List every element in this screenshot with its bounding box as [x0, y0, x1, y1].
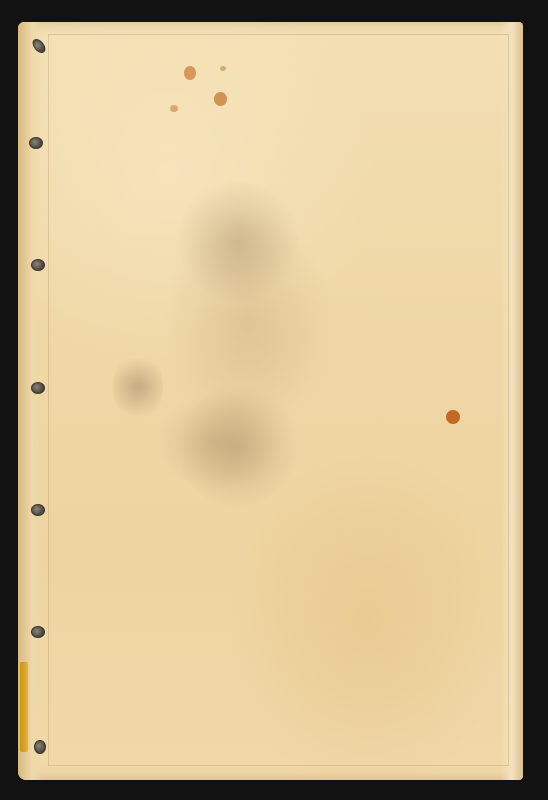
- mottled-stain: [173, 182, 303, 302]
- tie-hole: [31, 259, 45, 271]
- tie-hole: [31, 626, 45, 638]
- tie-hole: [31, 504, 45, 516]
- tie-hole: [34, 740, 46, 754]
- vellum-book-cover: [18, 22, 523, 780]
- stain: [220, 66, 226, 71]
- mottled-stain: [178, 382, 298, 512]
- stain: [446, 410, 460, 424]
- stain: [184, 66, 196, 80]
- yellow-edge-strip: [20, 662, 28, 752]
- tie-hole: [31, 382, 45, 394]
- stain: [170, 105, 178, 112]
- tie-hole: [29, 137, 43, 149]
- stain: [214, 92, 227, 106]
- mottled-stain: [113, 352, 163, 422]
